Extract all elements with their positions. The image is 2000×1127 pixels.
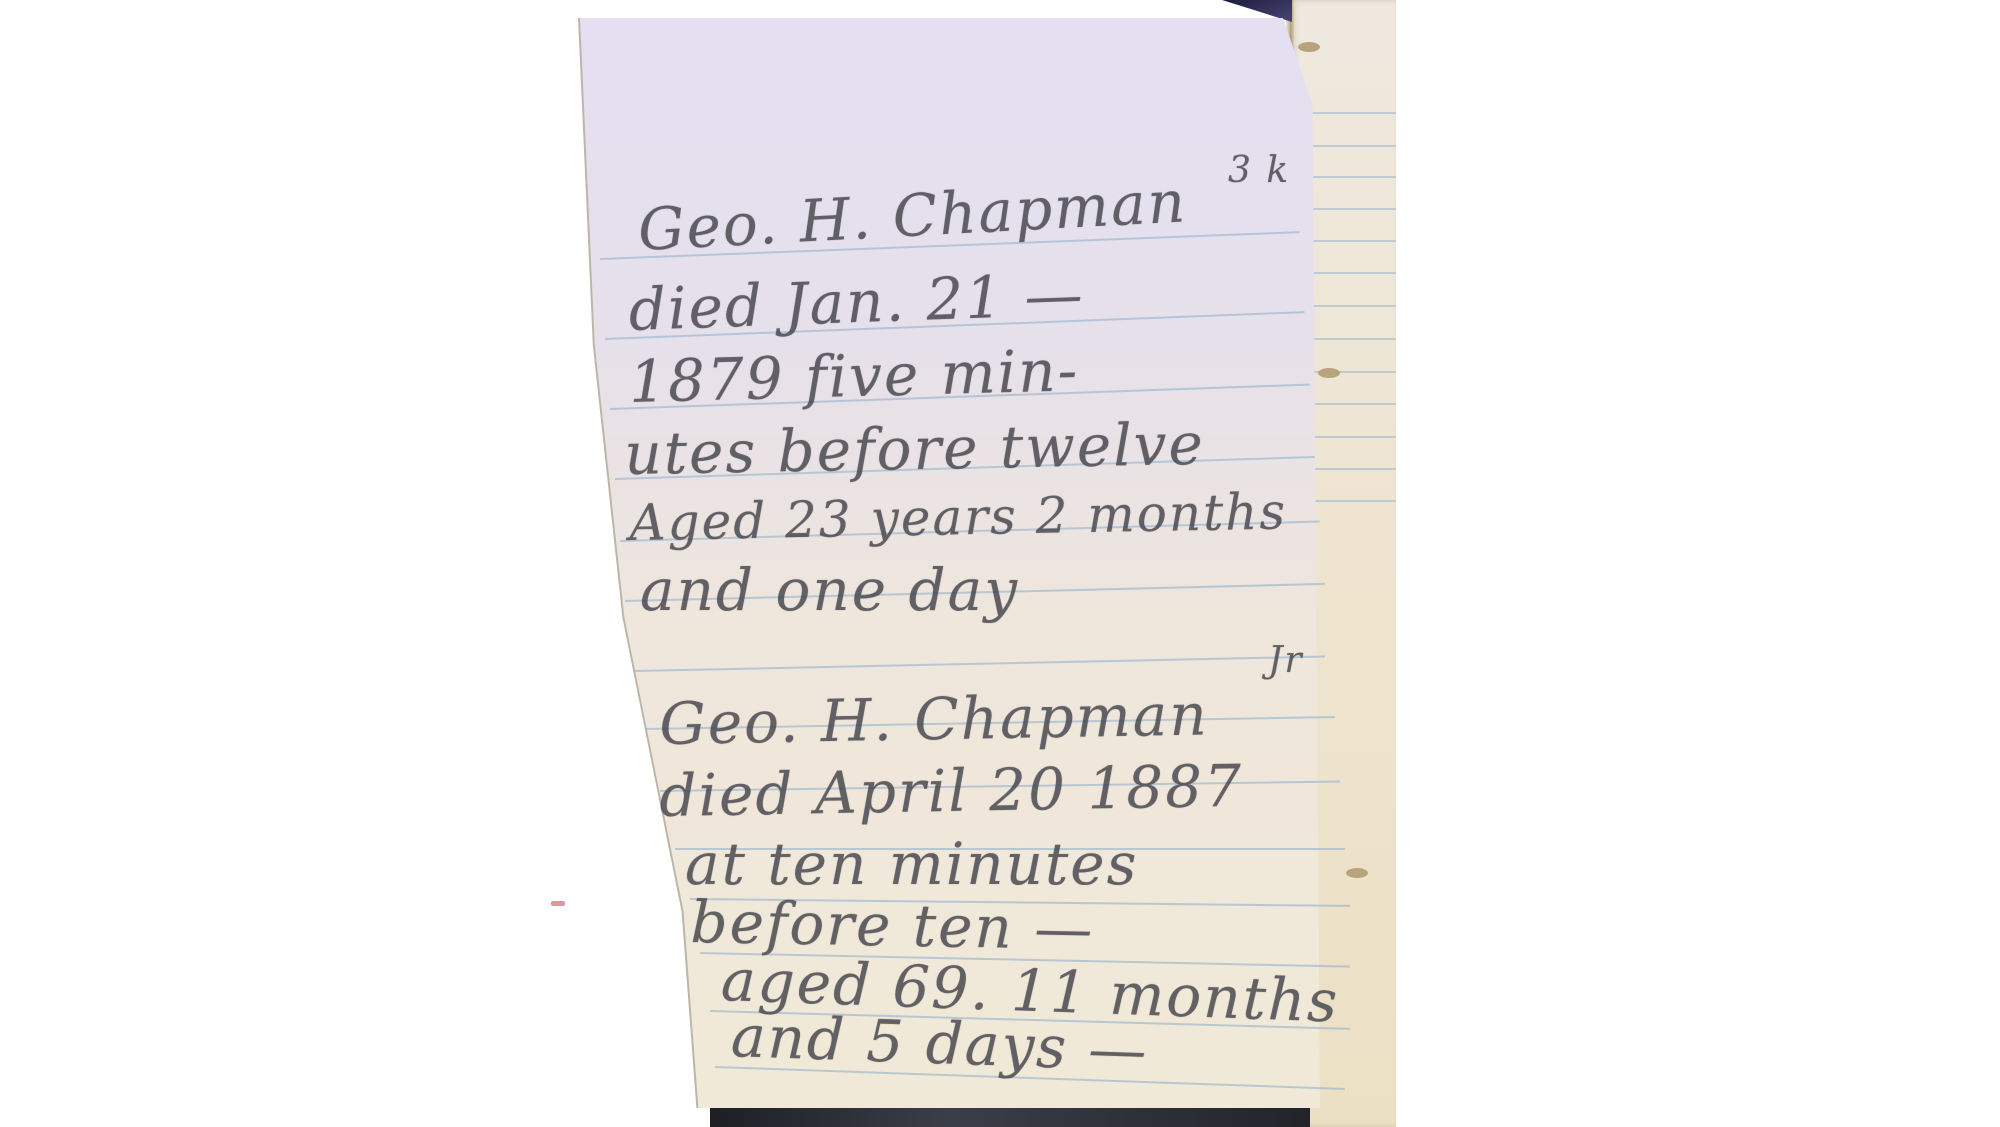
binding-stitch	[1346, 868, 1368, 878]
notebook-page	[580, 18, 1320, 1108]
photo-stage: 3 k Geo. H. Chapman died Jan. 21 — 1879 …	[0, 0, 2000, 1127]
notebook-cover-edge	[710, 1105, 1310, 1127]
binding-stitch	[1318, 368, 1340, 378]
binding-stitch	[1298, 42, 1320, 52]
background-speck	[551, 901, 565, 906]
